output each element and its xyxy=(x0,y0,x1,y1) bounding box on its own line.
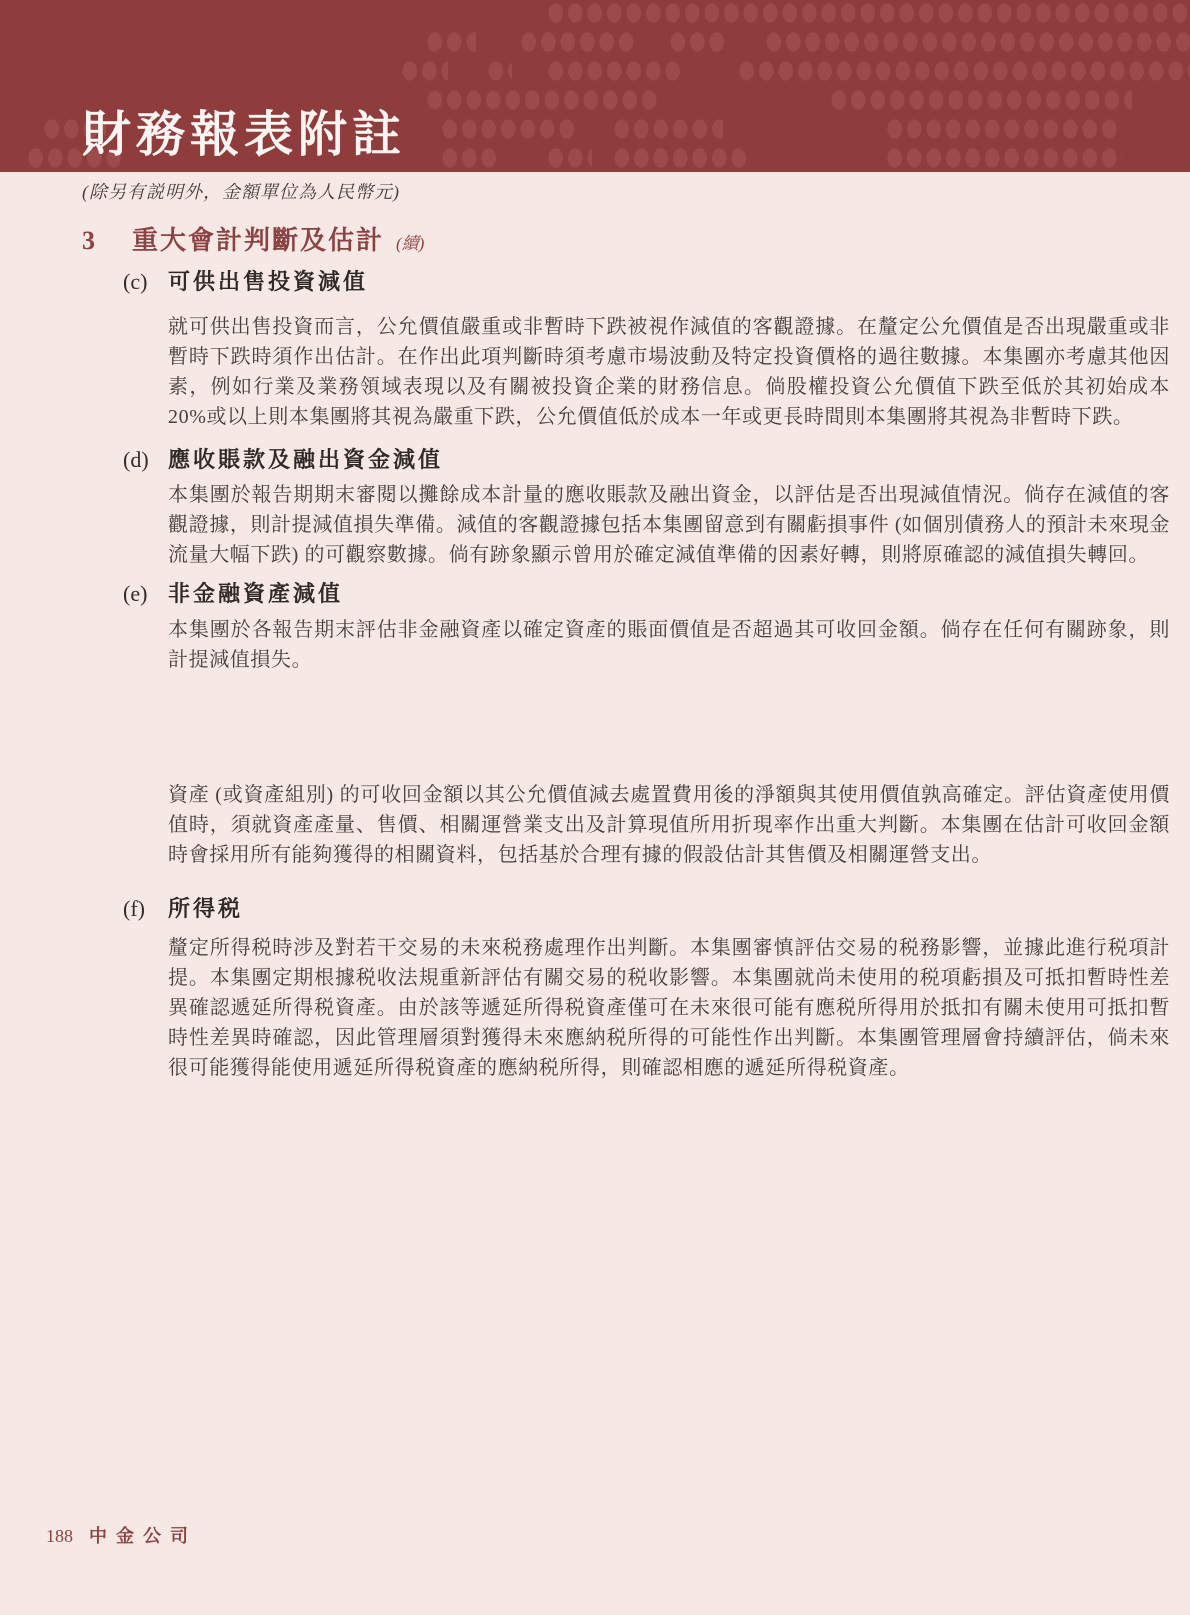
section-number: 3 xyxy=(82,224,132,258)
subsection-heading: (d) 應收賬款及融出資金減值 xyxy=(123,446,1190,474)
company-name: 中金公司 xyxy=(89,1526,197,1546)
body-paragraph: 本集團於各報告期末評估非金融資產以確定資產的賬面價值是否超過其可收回金額。倘存在… xyxy=(168,615,1170,675)
section-heading: 3 重大會計判斷及估計 (續) xyxy=(82,224,1190,258)
subsection-heading: (f) 所得税 xyxy=(123,895,1190,923)
section-title: 重大會計判斷及估計 xyxy=(132,224,384,258)
subsection-e: (e) 非金融資產減值 本集團於各報告期末評估非金融資產以確定資產的賬面價值是否… xyxy=(123,580,1190,870)
dot-run xyxy=(612,119,723,139)
subsection-title: 可供出售投資減值 xyxy=(168,268,368,296)
dot-run xyxy=(546,148,592,168)
dot-run xyxy=(668,32,728,52)
page-footer: 188中金公司 xyxy=(46,1522,197,1548)
subsection-title: 所得税 xyxy=(168,895,243,923)
dot-run xyxy=(885,148,1122,168)
subsection-letter: (d) xyxy=(123,446,168,474)
dot-run xyxy=(486,61,512,81)
dot-run xyxy=(425,32,476,52)
dot-run xyxy=(400,61,448,81)
dot-run xyxy=(764,32,1190,52)
section-continued-label: (續) xyxy=(396,227,424,261)
subsection-title: 非金融資產減值 xyxy=(168,580,343,608)
subsection-title: 應收賬款及融出資金減值 xyxy=(168,446,443,474)
dot-run xyxy=(546,61,683,81)
dot-run xyxy=(425,90,658,110)
subsection-letter: (e) xyxy=(123,580,168,608)
currency-note: (除另有説明外，金額單位為人民幣元) xyxy=(82,180,1190,204)
dot-run xyxy=(737,61,1190,81)
body-paragraph: 資產 (或資產組別) 的可收回金額以其公允價值減去處置費用後的淨額與其使用價值孰… xyxy=(168,780,1170,870)
page-title: 財務報表附註 xyxy=(82,96,406,166)
dot-run xyxy=(829,90,1132,110)
body-paragraph: 釐定所得税時涉及對若干交易的未來税務處理作出判斷。本集團審慎評估交易的税務影響，… xyxy=(168,933,1170,1083)
subsection-heading: (c) 可供出售投資減值 xyxy=(123,268,1190,296)
header-band: 財務報表附註 xyxy=(0,0,1190,172)
subsection-c: (c) 可供出售投資減值 就可供出售投資而言，公允價值嚴重或非暫時下跌被視作減值… xyxy=(123,268,1190,432)
dot-run xyxy=(885,119,1122,139)
subsection-d: (d) 應收賬款及融出資金減值 本集團於報告期期末審閱以攤餘成本計量的應收賬款及… xyxy=(123,446,1190,570)
body-paragraph: 本集團於報告期期末審閱以攤餘成本計量的應收賬款及融出資金，以評估是否出現減值情況… xyxy=(168,480,1170,570)
dot-run xyxy=(546,3,1190,23)
page-number: 188 xyxy=(46,1526,73,1546)
subsection-letter: (c) xyxy=(123,268,168,296)
dot-run xyxy=(440,148,496,168)
dot-run xyxy=(612,148,748,168)
subsection-heading: (e) 非金融資產減值 xyxy=(123,580,1190,608)
subsection-f: (f) 所得税 釐定所得税時涉及對若干交易的未來税務處理作出判斷。本集團審慎評估… xyxy=(123,895,1190,1083)
dot-run xyxy=(440,119,577,139)
subsection-letter: (f) xyxy=(123,895,168,923)
dot-run xyxy=(519,32,635,52)
body-paragraph: 就可供出售投資而言，公允價值嚴重或非暫時下跌被視作減值的客觀證據。在釐定公允價值… xyxy=(168,312,1170,432)
